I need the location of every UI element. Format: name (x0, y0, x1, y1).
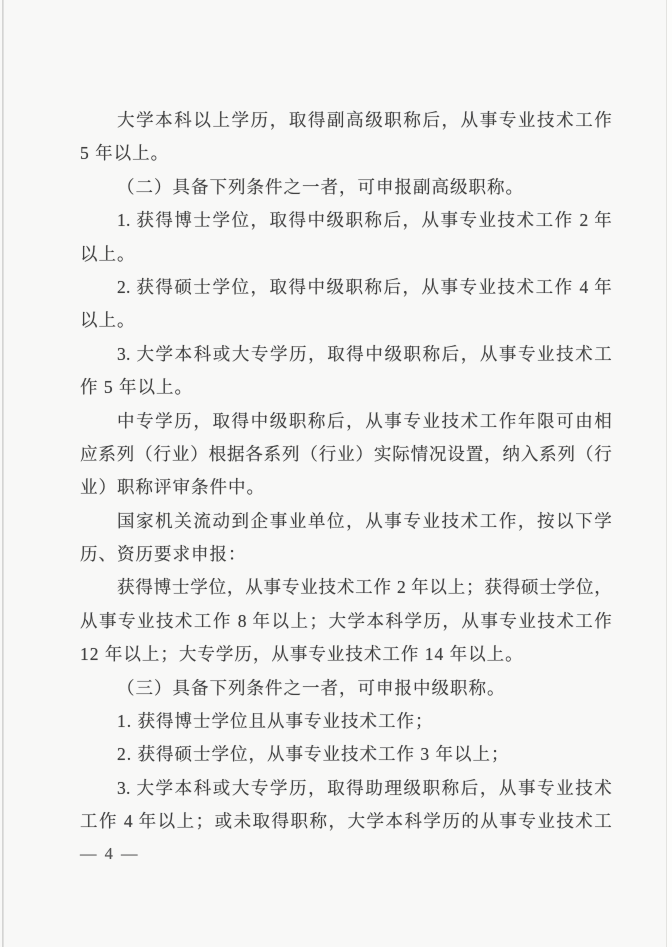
document-line: 作 5 年以上。 (80, 371, 612, 404)
document-line: 工作 4 年以上；或未取得职称，大学本科学历的从事专业技术工 (80, 805, 612, 838)
document-line: 从事专业技术工作 8 年以上；大学本科学历，从事专业技术工作 (80, 605, 612, 638)
document-line: （三）具备下列条件之一者，可申报中级职称。 (80, 672, 612, 705)
document-line: 以上。 (80, 304, 612, 337)
document-page: 大学本科以上学历，取得副高级职称后，从事专业技术工作 5 年以上。 （二）具备下… (0, 0, 672, 947)
document-line: 历、资历要求申报： (80, 538, 612, 571)
scan-edge-right (666, 0, 672, 947)
document-line: 3. 大学本科或大专学历，取得助理级职称后，从事专业技术 (80, 772, 612, 805)
document-line: 1. 获得博士学位，取得中级职称后，从事专业技术工作 2 年 (80, 204, 612, 237)
document-line: 12 年以上；大专学历，从事专业技术工作 14 年以上。 (80, 638, 612, 671)
document-line: 1. 获得博士学位且从事专业技术工作； (80, 705, 612, 738)
document-line: 5 年以上。 (80, 137, 612, 170)
document-line: 2. 获得硕士学位，从事专业技术工作 3 年以上； (80, 738, 612, 771)
scan-edge-left (2, 0, 4, 947)
document-line: 以上。 (80, 238, 612, 271)
document-line: 3. 大学本科或大专学历，取得中级职称后，从事专业技术工 (80, 338, 612, 371)
document-line: 大学本科以上学历，取得副高级职称后，从事专业技术工作 (80, 104, 612, 137)
document-line: 中专学历，取得中级职称后，从事专业技术工作年限可由相 (80, 405, 612, 438)
document-line: 2. 获得硕士学位，取得中级职称后，从事专业技术工作 4 年 (80, 271, 612, 304)
document-line: 业）职称评审条件中。 (80, 471, 612, 504)
document-line: 应系列（行业）根据各系列（行业）实际情况设置，纳入系列（行 (80, 438, 612, 471)
document-body: 大学本科以上学历，取得副高级职称后，从事专业技术工作 5 年以上。 （二）具备下… (80, 104, 612, 839)
document-line: 国家机关流动到企事业单位，从事专业技术工作，按以下学 (80, 505, 612, 538)
document-line: （二）具备下列条件之一者，可申报副高级职称。 (80, 171, 612, 204)
document-line: 获得博士学位，从事专业技术工作 2 年以上；获得硕士学位， (80, 571, 612, 604)
page-number: — 4 — (80, 843, 140, 865)
